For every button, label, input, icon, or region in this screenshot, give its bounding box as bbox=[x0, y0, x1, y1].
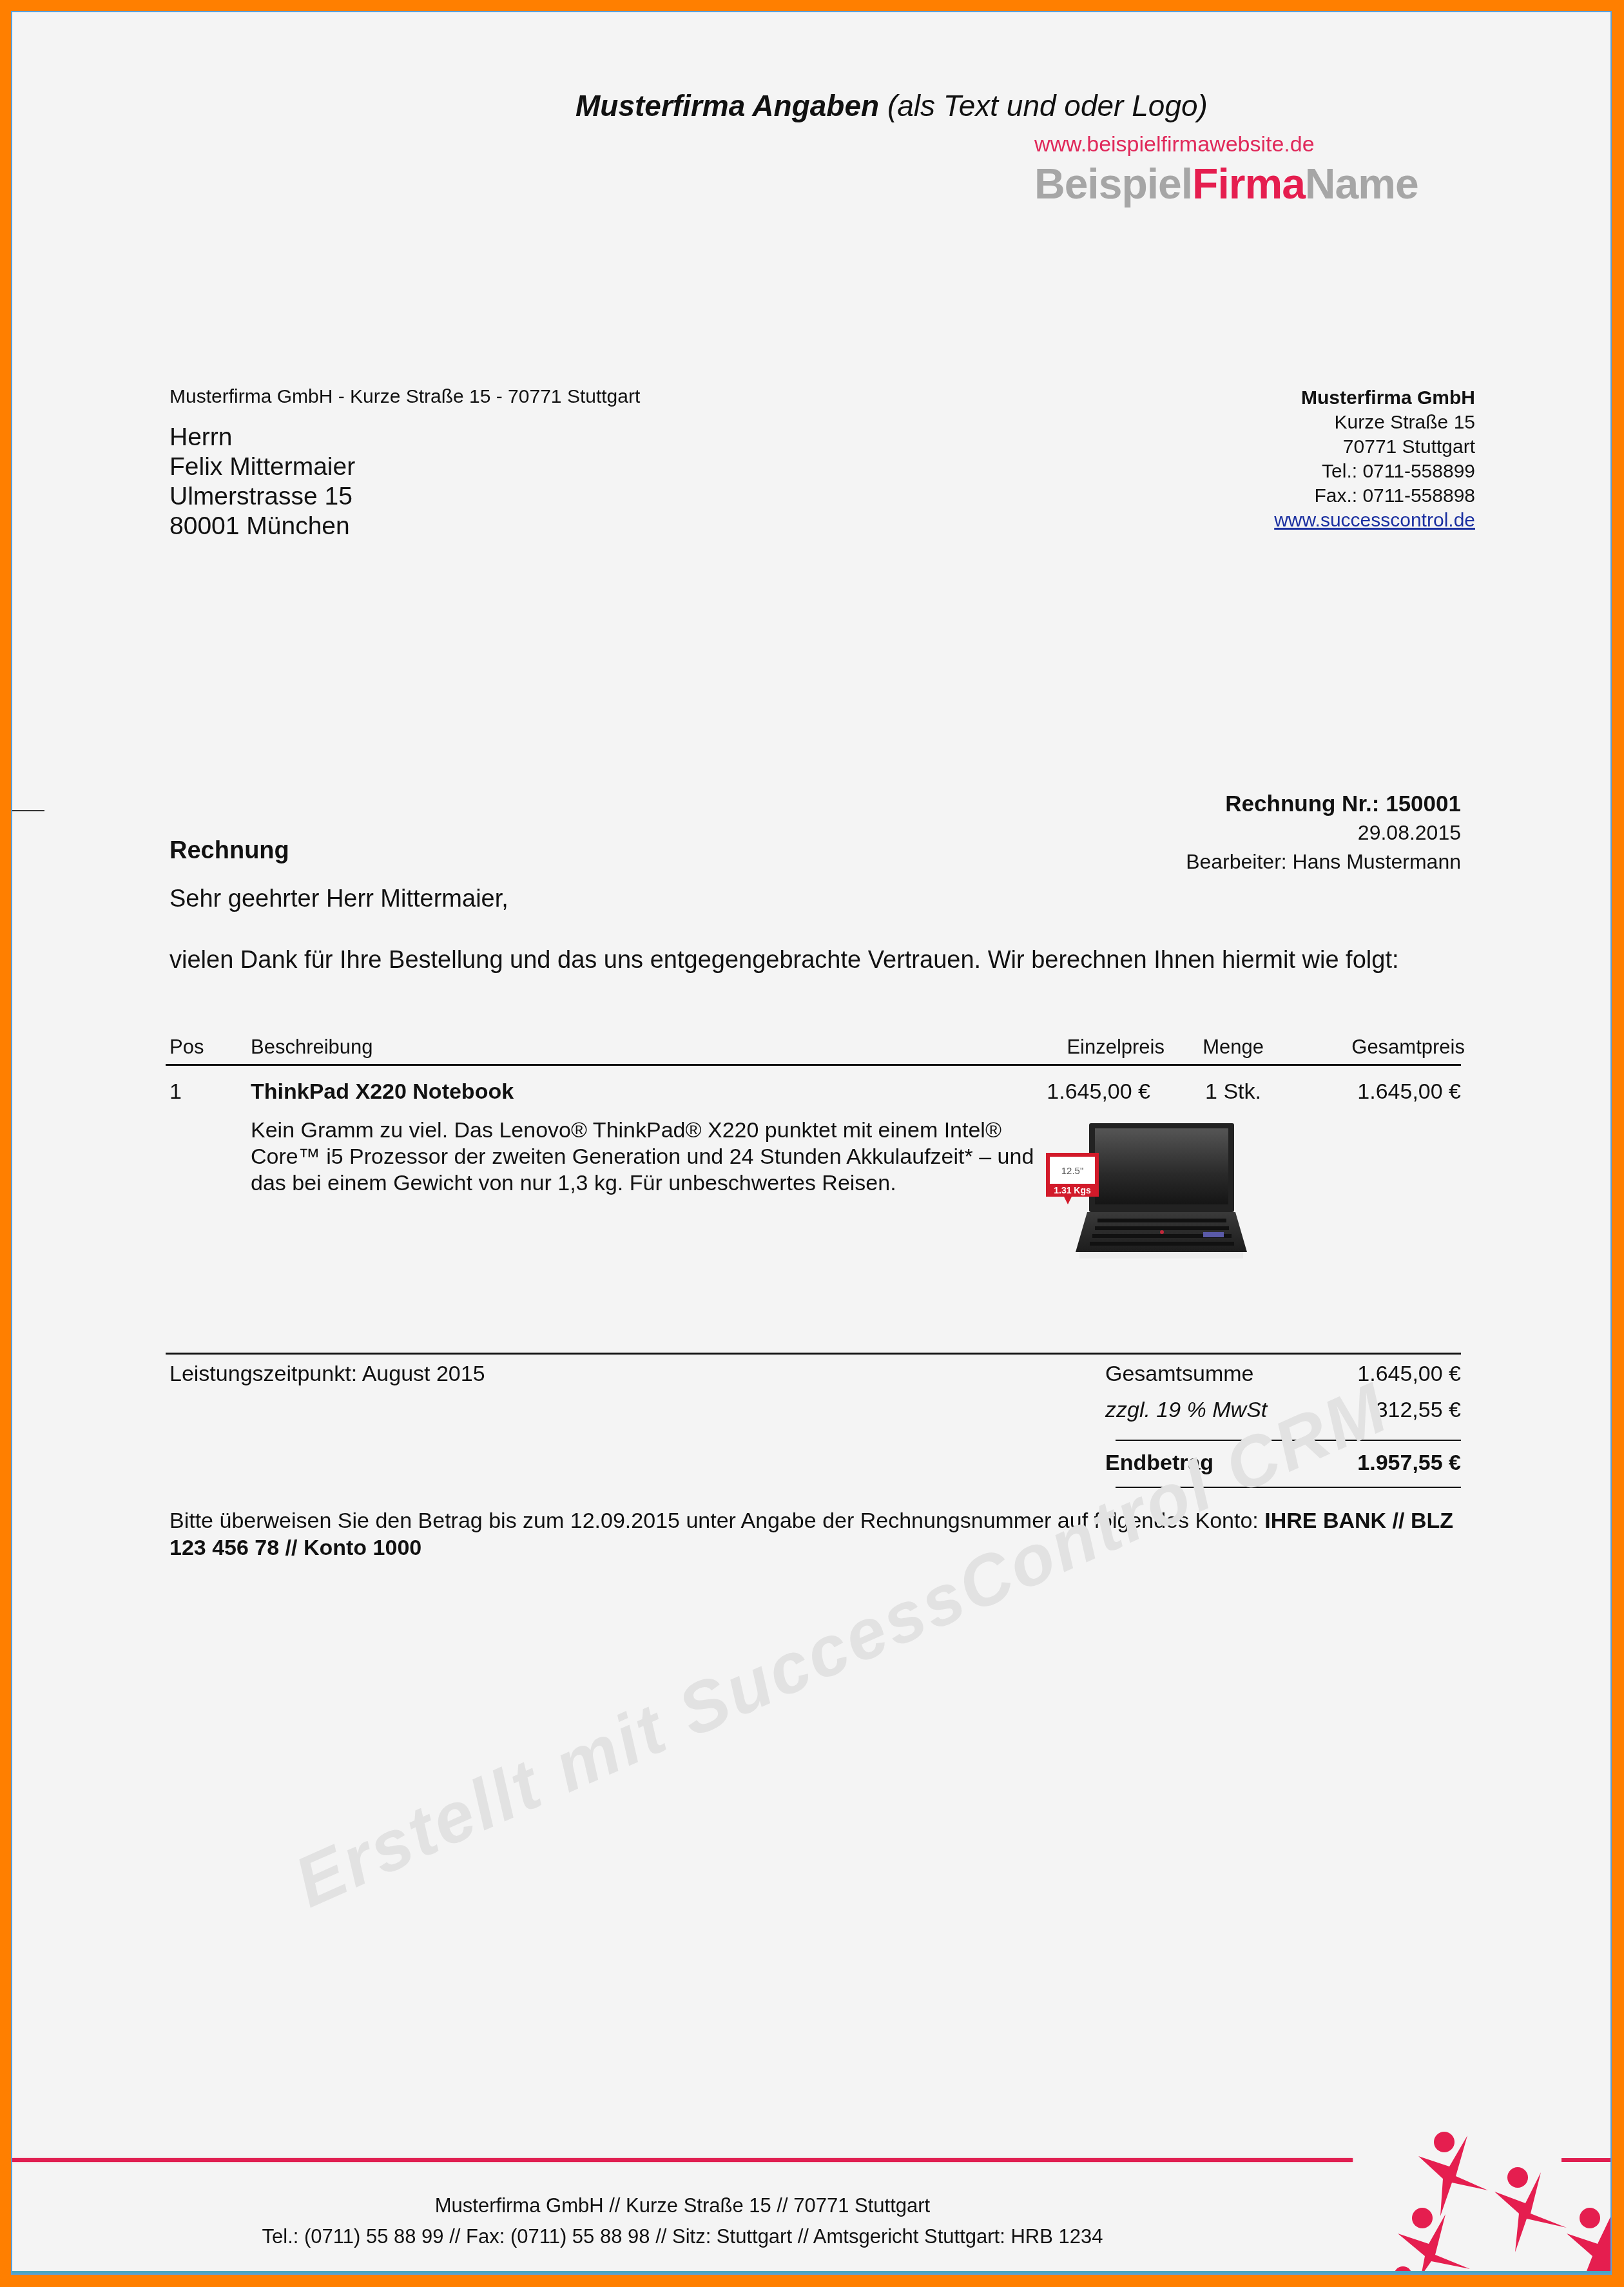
row-quantity: 1 Stk. bbox=[1205, 1079, 1261, 1105]
row-description: Kein Gramm zu viel. Das Lenovo® ThinkPad… bbox=[251, 1117, 1037, 1197]
invoice-number: Rechnung Nr.: 150001 bbox=[1186, 789, 1461, 818]
col-header-quantity: Menge bbox=[1203, 1036, 1264, 1059]
logo-part-1: Beispiel bbox=[1034, 160, 1192, 207]
service-date: Leistungszeitpunkt: August 2015 bbox=[169, 1362, 485, 1387]
header-title-bold: Musterfirma Angaben bbox=[575, 89, 879, 122]
company-city: 70771 Stuttgart bbox=[1274, 435, 1475, 459]
col-header-pos: Pos bbox=[169, 1036, 204, 1059]
final-value: 1.957,55 € bbox=[1357, 1451, 1461, 1476]
header-title: Musterfirma Angaben (als Text und oder L… bbox=[575, 88, 1208, 123]
invoice-clerk: Bearbeiter: Hans Mustermann bbox=[1186, 847, 1461, 876]
payment-instructions: Bitte überweisen Sie den Betrag bis zum … bbox=[169, 1507, 1471, 1561]
footer: Musterfirma GmbH // Kurze Straße 15 // 7… bbox=[12, 2190, 1353, 2252]
logo-part-2: Firma bbox=[1192, 160, 1305, 207]
svg-text:1.31 Kgs: 1.31 Kgs bbox=[1054, 1185, 1091, 1195]
subtotal-label: Gesamtsumme bbox=[1105, 1362, 1254, 1387]
invoice-date: 29.08.2015 bbox=[1186, 818, 1461, 847]
col-header-total: Gesamtpreis bbox=[1351, 1036, 1465, 1059]
logo-website: www.beispielfirmawebsite.de bbox=[1034, 132, 1315, 157]
svg-text:12.5": 12.5" bbox=[1061, 1166, 1084, 1177]
header-title-note: (als Text und oder Logo) bbox=[887, 89, 1208, 122]
row-unit-price: 1.645,00 € bbox=[1047, 1079, 1150, 1105]
tax-label: zzgl. 19 % MwSt bbox=[1105, 1398, 1267, 1423]
invoice-page: Musterfirma Angaben (als Text und oder L… bbox=[11, 11, 1612, 2275]
invoice-meta: Rechnung Nr.: 150001 29.08.2015 Bearbeit… bbox=[1186, 789, 1461, 876]
col-header-description: Beschreibung bbox=[251, 1036, 373, 1059]
company-website-link[interactable]: www.successcontrol.de bbox=[1274, 510, 1475, 531]
recipient-salutation: Herrn bbox=[169, 423, 355, 452]
team-figures-icon bbox=[1366, 2107, 1612, 2275]
document-title: Rechnung bbox=[169, 837, 289, 865]
recipient-city: 80001 München bbox=[169, 512, 355, 541]
row-title: ThinkPad X220 Notebook bbox=[251, 1079, 514, 1105]
recipient-street: Ulmerstrasse 15 bbox=[169, 482, 355, 512]
footer-rule bbox=[12, 2158, 1353, 2162]
table-header-rule bbox=[166, 1064, 1461, 1066]
company-street: Kurze Straße 15 bbox=[1274, 410, 1475, 435]
sender-return-line: Musterfirma GmbH - Kurze Straße 15 - 707… bbox=[169, 386, 640, 408]
row-pos: 1 bbox=[169, 1079, 182, 1105]
col-header-unit-price: Einzelpreis bbox=[1067, 1036, 1165, 1059]
company-name: Musterfirma GmbH bbox=[1274, 386, 1475, 410]
fold-mark bbox=[12, 810, 44, 811]
greeting: Sehr geehrter Herr Mittermaier, bbox=[169, 885, 508, 913]
logo-part-3: Name bbox=[1305, 160, 1418, 207]
company-fax: Fax.: 0711-558898 bbox=[1274, 484, 1475, 508]
company-tel: Tel.: 0711-558899 bbox=[1274, 459, 1475, 484]
product-image-laptop: 12.5" 1.31 Kgs bbox=[1042, 1115, 1261, 1264]
page-bottom-border bbox=[12, 2271, 1610, 2273]
logo-company-name: BeispielFirmaName bbox=[1034, 159, 1418, 208]
footer-contact: Tel.: (0711) 55 88 99 // Fax: (0711) 55 … bbox=[12, 2221, 1353, 2252]
recipient-name: Felix Mittermaier bbox=[169, 452, 355, 482]
intro-text: vielen Dank für Ihre Bestellung und das … bbox=[169, 945, 1484, 975]
company-contact-block: Musterfirma GmbH Kurze Straße 15 70771 S… bbox=[1274, 386, 1475, 533]
watermark: Erstellt mit SuccessControl CRM bbox=[283, 1366, 1400, 1924]
table-footer-rule bbox=[166, 1353, 1461, 1355]
recipient-address: Herrn Felix Mittermaier Ulmerstrasse 15 … bbox=[169, 423, 355, 541]
footer-address: Musterfirma GmbH // Kurze Straße 15 // 7… bbox=[12, 2190, 1353, 2221]
row-total: 1.645,00 € bbox=[1357, 1079, 1461, 1105]
